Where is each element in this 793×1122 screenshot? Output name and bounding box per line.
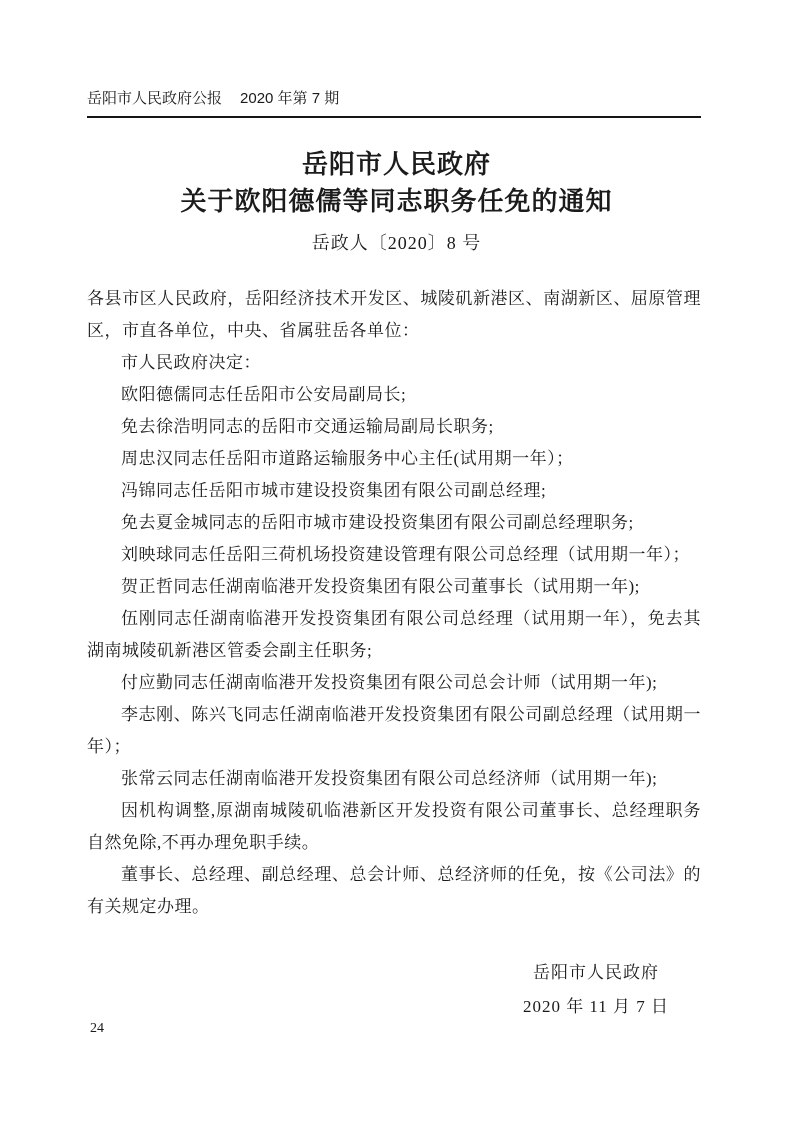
paragraph-appointment: 刘映球同志任岳阳三荷机场投资建设管理有限公司总经理（试用期一年）； bbox=[87, 539, 701, 571]
document-body: 各县市区人民政府，岳阳经济技术开发区、城陵矶新港区、南湖新区、屈原管理区，市直各… bbox=[87, 283, 701, 923]
title-line-subject: 关于欧阳德儒等同志职务任免的通知 bbox=[0, 183, 793, 220]
page-number: 24 bbox=[90, 1020, 104, 1038]
gazette-name: 岳阳市人民政府公报 bbox=[87, 90, 222, 107]
paragraph-removal: 免去夏金城同志的岳阳市城市建设投资集团有限公司副总经理职务; bbox=[87, 507, 701, 539]
paragraph-appointment: 贺正哲同志任湖南临港开发投资集团有限公司董事长（试用期一年); bbox=[87, 571, 701, 603]
paragraph-appointment: 张常云同志任湖南临港开发投资集团有限公司总经济师（试用期一年); bbox=[87, 763, 701, 795]
paragraph-appointment: 周忠汉同志任岳阳市道路运输服务中心主任(试用期一年）； bbox=[87, 443, 701, 475]
paragraph-appointment: 欧阳德儒同志任岳阳市公安局副局长; bbox=[87, 379, 701, 411]
signature-block: 岳阳市人民政府 2020 年 11 月 7 日 bbox=[466, 956, 726, 1024]
running-header: 岳阳市人民政府公报2020 年第 7 期 bbox=[87, 90, 701, 118]
paragraph-appointment-removal: 伍刚同志任湖南临港开发投资集团有限公司总经理（试用期一年），免去其湖南城陵矶新港… bbox=[87, 603, 701, 667]
document-title: 岳阳市人民政府 关于欧阳德儒等同志职务任免的通知 bbox=[0, 146, 793, 220]
paragraph-appointment: 李志刚、陈兴飞同志任湖南临港开发投资集团有限公司副总经理（试用期一年）； bbox=[87, 699, 701, 763]
salutation: 各县市区人民政府，岳阳经济技术开发区、城陵矶新港区、南湖新区、屈原管理区，市直各… bbox=[87, 283, 701, 347]
paragraph-decision: 市人民政府决定： bbox=[87, 347, 701, 379]
paragraph-appointment: 冯锦同志任岳阳市城市建设投资集团有限公司副总经理; bbox=[87, 475, 701, 507]
issue-info: 2020 年第 7 期 bbox=[240, 90, 339, 107]
title-line-organization: 岳阳市人民政府 bbox=[0, 146, 793, 183]
paragraph-note-company-law: 董事长、总经理、副总经理、总会计师、总经济师的任免，按《公司法》的有关规定办理。 bbox=[87, 859, 701, 923]
signer: 岳阳市人民政府 bbox=[466, 956, 726, 990]
sign-date: 2020 年 11 月 7 日 bbox=[466, 990, 726, 1024]
paragraph-removal: 免去徐浩明同志的岳阳市交通运输局副局长职务; bbox=[87, 411, 701, 443]
document-number: 岳政人〔2020〕8 号 bbox=[0, 231, 793, 255]
paragraph-appointment: 付应勤同志任湖南临港开发投资集团有限公司总会计师（试用期一年); bbox=[87, 667, 701, 699]
gazette-page: 岳阳市人民政府公报2020 年第 7 期 岳阳市人民政府 关于欧阳德儒等同志职务… bbox=[0, 0, 793, 1122]
paragraph-note-restructuring: 因机构调整,原湖南城陵矶临港新区开发投资有限公司董事长、总经理职务自然免除,不再… bbox=[87, 795, 701, 859]
